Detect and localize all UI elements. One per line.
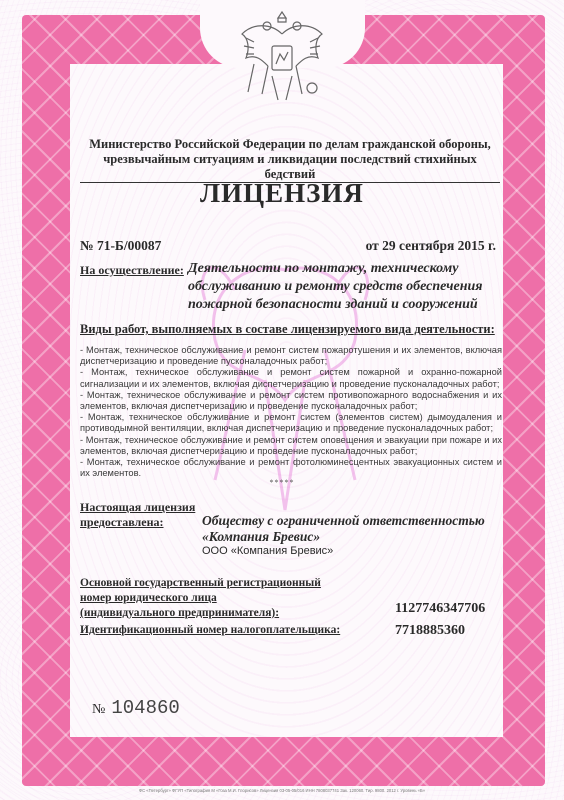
granted-label: Настоящая лицензия предоставлена:: [80, 500, 195, 530]
licensee-name-line-1: Обществу с ограниченной ответственностью: [202, 513, 485, 529]
ogrn-label: Основной государственный регистрационный…: [80, 576, 321, 621]
license-number: № 71-Б/00087: [80, 238, 161, 254]
ogrn-value: 1127746347706: [395, 601, 485, 617]
coat-of-arms-icon: [232, 4, 332, 104]
license-page: Министерство Российской Федерации по дел…: [0, 0, 564, 800]
ministry-line-1: Министерство Российской Федерации по дел…: [80, 137, 500, 152]
separator: *****: [0, 478, 564, 487]
printer-imprint: ФС «Петербург» ФГУП «Типография М «Гоза …: [0, 788, 564, 793]
work-item: - Монтаж, техническое обслуживание и рем…: [80, 390, 502, 412]
inn-label: Идентификационный номер налогоплательщик…: [80, 624, 340, 636]
licensee-name-line-2: «Компания Бревис»: [202, 529, 485, 545]
work-item: - Монтаж, техническое обслуживание и рем…: [80, 412, 502, 434]
granted-label-line-2: предоставлена:: [80, 515, 195, 530]
work-item: - Монтаж, техническое обслуживание и рем…: [80, 435, 502, 457]
form-serial-number: №104860: [92, 697, 180, 719]
work-item: - Монтаж, техническое обслуживание и рем…: [80, 345, 502, 367]
licensee-short-name: ООО «Компания Бревис»: [202, 544, 485, 560]
ogrn-label-line-3: (индивидуального предпринимателя):: [80, 606, 321, 621]
works-list: - Монтаж, техническое обслуживание и рем…: [80, 345, 502, 479]
works-label: Виды работ, выполняемых в составе лиценз…: [80, 322, 495, 337]
work-item: - Монтаж, техническое обслуживание и рем…: [80, 367, 502, 389]
ogrn-label-line-2: номер юридического лица: [80, 591, 321, 606]
purpose-text: Деятельности по монтажу, техническому об…: [188, 260, 488, 314]
serial-number: 104860: [111, 697, 179, 719]
document-title: ЛИЦЕНЗИЯ: [0, 178, 564, 209]
license-date: от 29 сентября 2015 г.: [366, 238, 496, 254]
issuing-authority: Министерство Российской Федерации по дел…: [80, 137, 500, 183]
work-item: - Монтаж, техническое обслуживание и рем…: [80, 457, 502, 479]
granted-label-line-1: Настоящая лицензия: [80, 500, 195, 515]
number-sign: №: [92, 702, 105, 717]
licensee: Обществу с ограниченной ответственностью…: [202, 513, 485, 560]
purpose-label: На осуществление:: [80, 263, 184, 278]
ogrn-label-line-1: Основной государственный регистрационный: [80, 576, 321, 591]
inn-value: 7718885360: [395, 623, 465, 639]
